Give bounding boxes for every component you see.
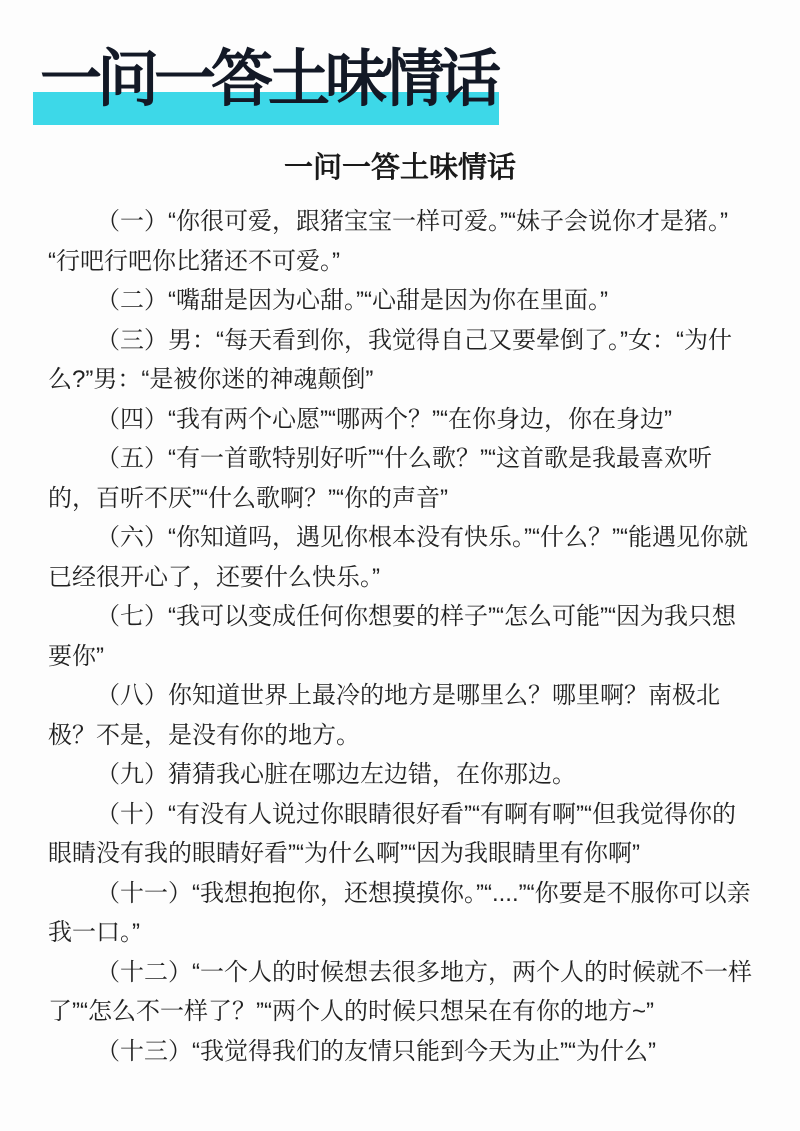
paragraph-list: （一）“你很可爱，跟猪宝宝一样可爱。”“妹子会说你才是猪。”“行吧行吧你比猪还不… xyxy=(0,202,800,1071)
paragraph: （一）“你很可爱，跟猪宝宝一样可爱。”“妹子会说你才是猪。”“行吧行吧你比猪还不… xyxy=(48,202,752,281)
paragraph: （七）“我可以变成任何你想要的样子”“怎么可能”“因为我只想要你” xyxy=(48,597,752,676)
document-body: 一问一答土味情话 （一）“你很可爱，跟猪宝宝一样可爱。”“妹子会说你才是猪。”“… xyxy=(0,152,800,1071)
paragraph: （五）“有一首歌特别好听”“什么歌？”“这首歌是我最喜欢听的，百听不厌”“什么歌… xyxy=(48,439,752,518)
paragraph: （六）“你知道吗，遇见你根本没有快乐。”“什么？”“能遇见你就已经很开心了，还要… xyxy=(48,518,752,597)
page: 一问一答土味情话 一问一答土味情话 （一）“你很可爱，跟猪宝宝一样可爱。”“妹子… xyxy=(0,0,800,1131)
paragraph: （八）你知道世界上最冷的地方是哪里么？哪里啊？南极北极？不是，是没有你的地方。 xyxy=(48,676,752,755)
paragraph: （十二）“一个人的时候想去很多地方，两个人的时候就不一样了”“怎么不一样了？”“… xyxy=(48,953,752,1032)
document-heading: 一问一答土味情话 xyxy=(0,152,800,184)
paragraph: （十）“有没有人说过你眼睛很好看”“有啊有啊”“但我觉得你的眼睛没有我的眼睛好看… xyxy=(48,795,752,874)
paragraph: （四）“我有两个心愿”“哪两个？”“在你身边，你在身边” xyxy=(48,400,752,440)
paragraph: （三）男：“每天看到你，我觉得自己又要晕倒了。”女：“为什么?”男：“是被你迷的… xyxy=(48,321,752,400)
title-block: 一问一答土味情话 xyxy=(40,44,496,114)
paragraph: （二）“嘴甜是因为心甜。”“心甜是因为你在里面。” xyxy=(48,281,752,321)
paragraph: （十一）“我想抱抱你，还想摸摸你。”“....”“你要是不服你可以亲我一口。” xyxy=(48,874,752,953)
paragraph: （九）猜猜我心脏在哪边左边错，在你那边。 xyxy=(48,755,752,795)
page-title: 一问一答土味情话 xyxy=(40,44,496,114)
paragraph: （十三）“我觉得我们的友情只能到今天为止”“为什么” xyxy=(48,1032,752,1072)
header: 一问一答土味情话 xyxy=(0,0,800,114)
